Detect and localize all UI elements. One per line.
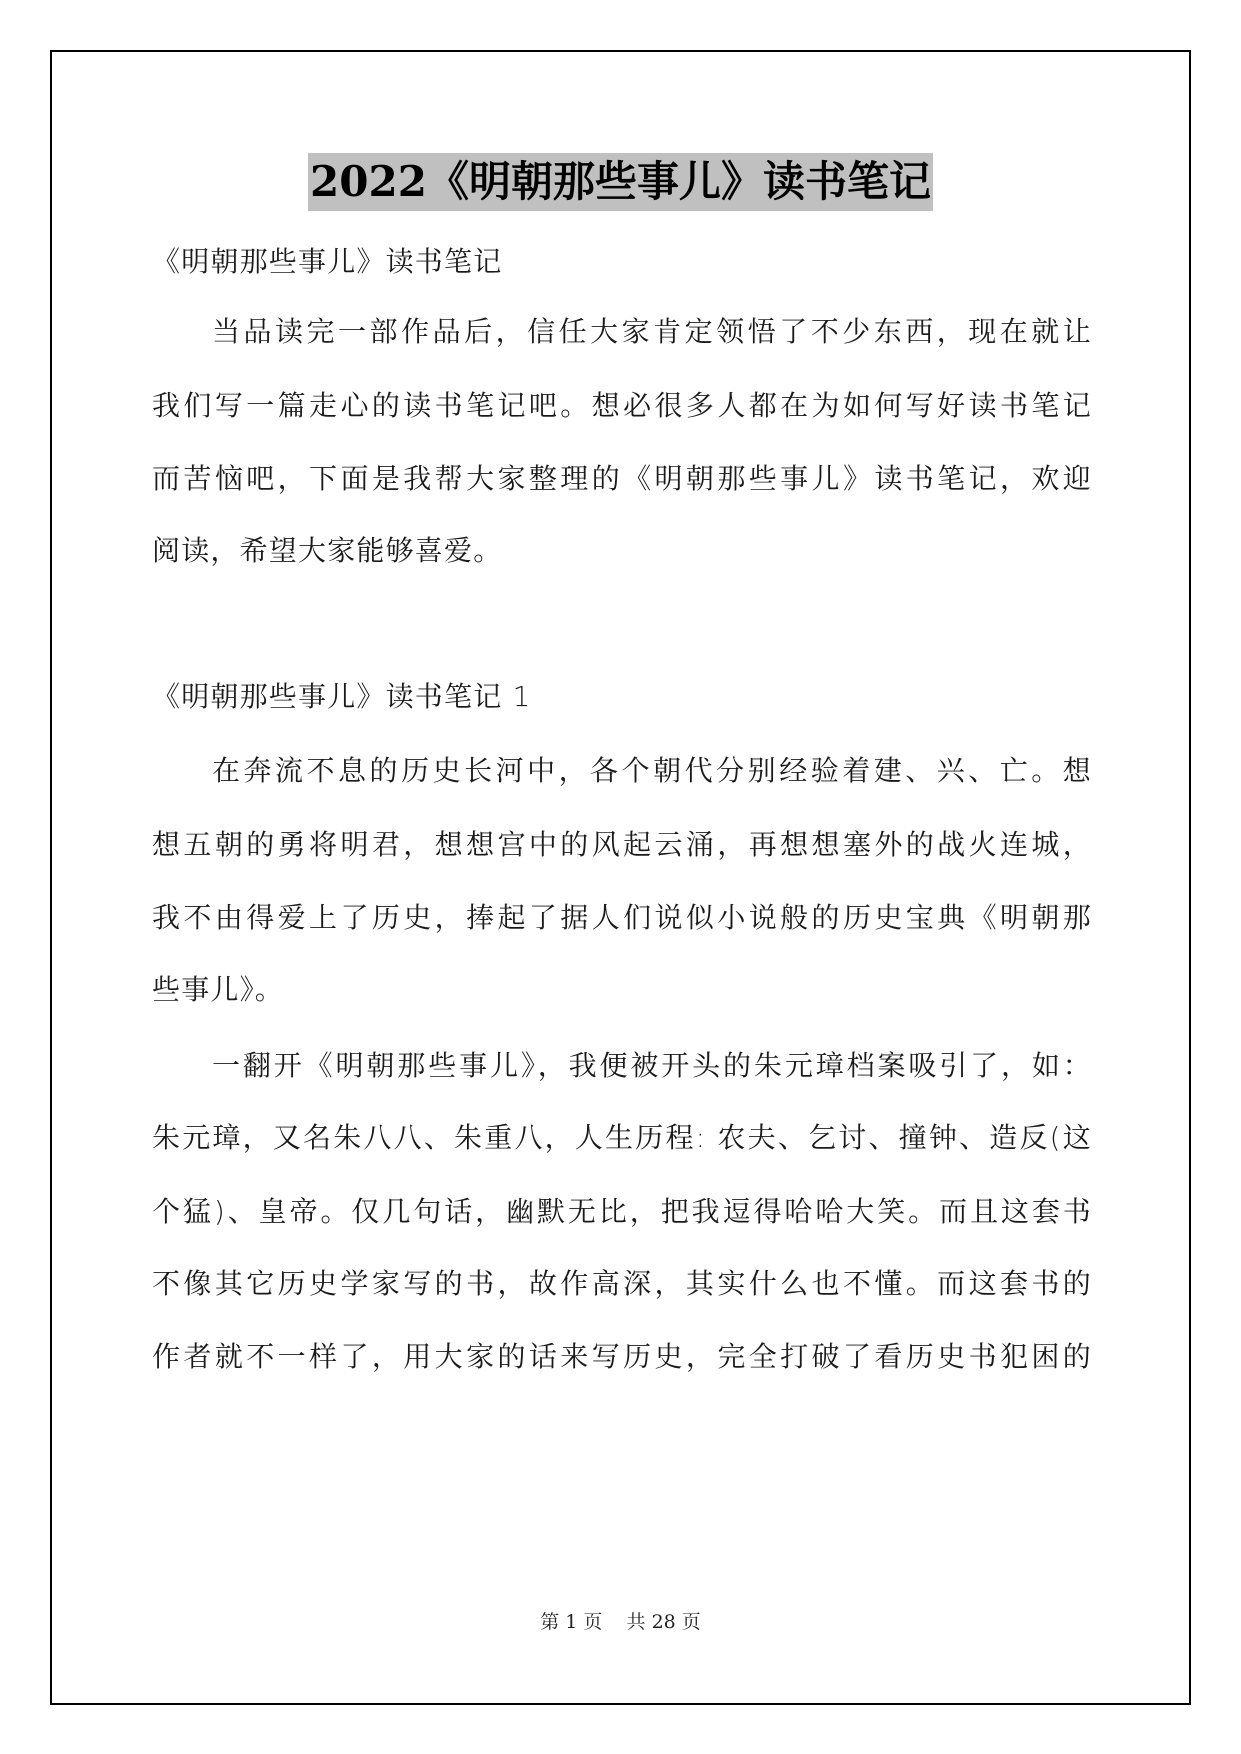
section1-p2-line-4: 不像其它历史学家写的书，故作高深，其实什么也不懂。而这套书的 (152, 1264, 1092, 1304)
section-heading-1: 《明朝那些事儿》读书笔记 1 (152, 677, 1092, 717)
section1-p1-line-4: 些事儿》。 (152, 970, 1092, 1010)
intro-line-3: 而苦恼吧，下面是我帮大家整理的《明朝那些事儿》读书笔记，欢迎 (152, 459, 1092, 499)
section1-p2-line-1: 一翻开《明朝那些事儿》，我便被开头的朱元璋档案吸引了，如： (212, 1046, 1092, 1086)
section1-p2-line-2: 朱元璋，又名朱八八、朱重八，人生历程: 农夫、乞讨、撞钟、造反(这 (152, 1118, 1092, 1158)
page-number-footer: 第 1 页 共 28 页 (0, 1610, 1241, 1634)
intro-line-1: 当品读完一部作品后，信任大家肯定领悟了不少东西，现在就让 (212, 312, 1092, 352)
document-subtitle: 《明朝那些事儿》读书笔记 (152, 242, 1092, 282)
section1-p1-line-1: 在奔流不息的历史长河中，各个朝代分别经验着建、兴、亡。想 (212, 751, 1092, 791)
intro-line-2: 我们写一篇走心的读书笔记吧。想必很多人都在为如何写好读书笔记 (152, 386, 1092, 426)
section1-p2-line-3: 个猛)、皇帝。仅几句话，幽默无比，把我逗得哈哈大笑。而且这套书 (152, 1192, 1092, 1232)
section1-p2-line-5: 作者就不一样了，用大家的话来写历史，完全打破了看历史书犯困的 (152, 1337, 1092, 1377)
page-border (50, 50, 1191, 1705)
title-container: 2022《明朝那些事儿》读书笔记 (0, 153, 1241, 211)
document-title: 2022《明朝那些事儿》读书笔记 (308, 153, 933, 211)
intro-line-4: 阅读，希望大家能够喜爱。 (152, 531, 1092, 571)
section1-p1-line-3: 我不由得爱上了历史，捧起了据人们说似小说般的历史宝典《明朝那 (152, 898, 1092, 938)
section1-p1-line-2: 想五朝的勇将明君，想想宫中的风起云涌，再想想塞外的战火连城， (152, 825, 1092, 865)
